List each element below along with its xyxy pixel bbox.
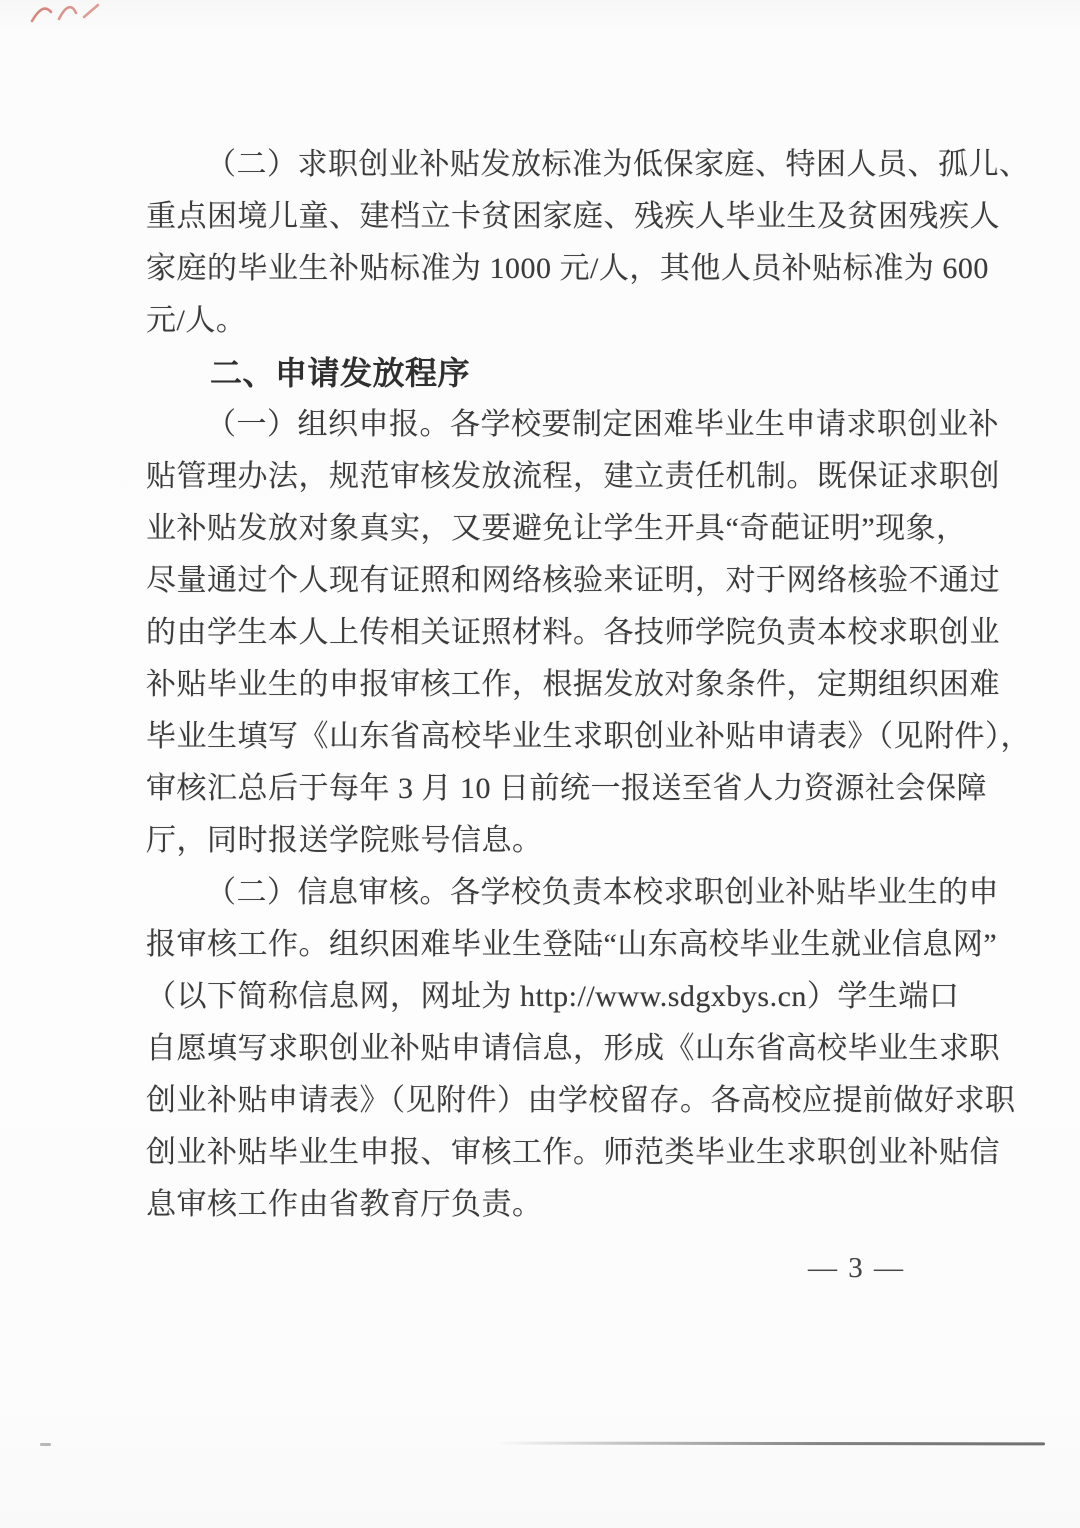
scanned-document-page: （二）求职创业补贴发放标准为低保家庭、特困人员、孤儿、 重点困境儿童、建档立卡贫… bbox=[0, 0, 1080, 1528]
paragraph-line: 家庭的毕业生补贴标准为 1000 元/人，其他人员补贴标准为 600 bbox=[146, 243, 936, 295]
paragraph-line: 尽量通过个人现有证照和网络核验来证明，对于网络核验不通过 bbox=[146, 555, 936, 607]
paragraph-line: 厅，同时报送学院账号信息。 bbox=[146, 815, 936, 867]
paragraph-line: 贴管理办法，规范审核发放流程，建立责任机制。既保证求职创 bbox=[146, 451, 936, 503]
scan-speck bbox=[40, 1443, 51, 1446]
paragraph-line: 创业补贴毕业生申报、审核工作。师范类毕业生求职创业补贴信 bbox=[146, 1127, 936, 1179]
paragraph-line: （以下简称信息网，网址为 http://www.sdgxbys.cn）学生端口 bbox=[146, 971, 936, 1023]
red-pen-marks bbox=[26, 0, 110, 28]
paragraph-line: 的由学生本人上传相关证照材料。各技师学院负责本校求职创业 bbox=[146, 607, 936, 659]
paragraph-line: 审核汇总后于每年 3 月 10 日前统一报送至省人力资源社会保障 bbox=[146, 763, 936, 815]
paragraph-line: 创业补贴申请表》（见附件）由学校留存。各高校应提前做好求职 bbox=[146, 1075, 936, 1127]
paragraph-line: 补贴毕业生的申报审核工作，根据发放对象条件，定期组织困难 bbox=[146, 659, 936, 711]
paragraph-line: 息审核工作由省教育厅负责。 bbox=[146, 1179, 936, 1231]
paragraph-line: （二）求职创业补贴发放标准为低保家庭、特困人员、孤儿、 bbox=[146, 139, 936, 191]
paragraph-line: 报审核工作。组织困难毕业生登陆“山东高校毕业生就业信息网” bbox=[146, 919, 936, 971]
paragraph-line: 毕业生填写《山东省高校毕业生求职创业补贴申请表》（见附件）， bbox=[146, 711, 936, 763]
paragraph-line: 业补贴发放对象真实，又要避免让学生开具“奇葩证明”现象， bbox=[146, 503, 936, 555]
paragraph-line: （二）信息审核。各学校负责本校求职创业补贴毕业生的申 bbox=[146, 867, 936, 919]
paragraph-line: 重点困境儿童、建档立卡贫困家庭、残疾人毕业生及贫困残疾人 bbox=[146, 191, 936, 243]
paragraph-line: （一）组织申报。各学校要制定困难毕业生申请求职创业补 bbox=[146, 399, 936, 451]
paragraph-line: 自愿填写求职创业补贴申请信息，形成《山东省高校毕业生求职 bbox=[146, 1023, 936, 1075]
document-body: （二）求职创业补贴发放标准为低保家庭、特困人员、孤儿、 重点困境儿童、建档立卡贫… bbox=[146, 139, 936, 1231]
page-number: — 3 — bbox=[146, 1252, 905, 1285]
section-heading: 二、申请发放程序 bbox=[146, 347, 936, 399]
page-edge-shadow bbox=[497, 1442, 1045, 1446]
paragraph-line: 元/人。 bbox=[146, 295, 936, 347]
